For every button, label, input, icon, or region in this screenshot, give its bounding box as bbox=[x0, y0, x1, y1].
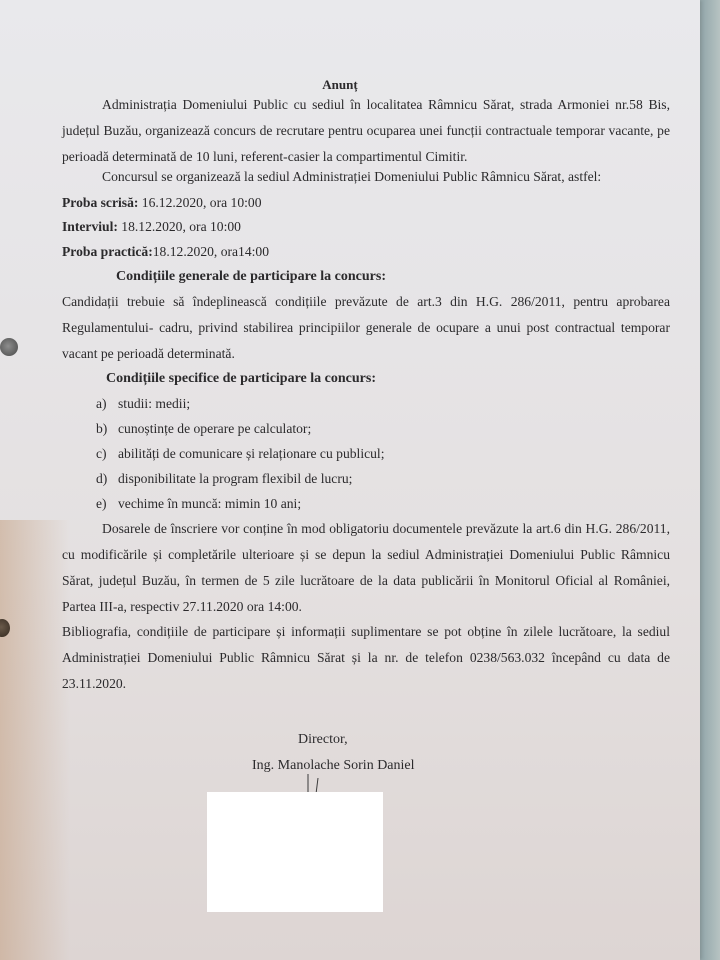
schedule-label: Proba scrisă: bbox=[62, 195, 138, 210]
list-item: c)abilități de comunicare și relaționare… bbox=[96, 441, 596, 466]
punch-hole bbox=[0, 338, 18, 356]
document-page: Anunț Administrația Domeniului Public cu… bbox=[0, 0, 700, 960]
specific-conditions-list: a)studii: medii; b)cunoștințe de operare… bbox=[96, 391, 596, 516]
signature-scribble-icon bbox=[306, 774, 322, 794]
bibliography-paragraph: Bibliografia, condițiile de participare … bbox=[62, 619, 670, 697]
intro-paragraph: Administrația Domeniului Public cu sediu… bbox=[62, 92, 670, 170]
redacted-signature-area bbox=[207, 792, 383, 912]
list-item: d)disponibilitate la program flexibil de… bbox=[96, 466, 596, 491]
dossier-paragraph: Dosarele de înscriere vor conține în mod… bbox=[62, 516, 670, 620]
signature-role: Director, bbox=[298, 732, 348, 748]
schedule-interview: Interviul: 18.12.2020, ora 10:00 bbox=[62, 214, 670, 240]
schedule-label: Interviul: bbox=[62, 219, 118, 234]
schedule-value: 18.12.2020, ora14:00 bbox=[153, 244, 269, 259]
general-conditions-heading: Condițiile generale de participare la co… bbox=[116, 264, 386, 290]
location-line: Concursul se organizează la sediul Admin… bbox=[62, 164, 670, 190]
signature-name: Ing. Manolache Sorin Daniel bbox=[252, 758, 415, 774]
schedule-label: Proba practică: bbox=[62, 244, 153, 259]
schedule-written-test: Proba scrisă: 16.12.2020, ora 10:00 bbox=[62, 190, 670, 216]
list-item: e)vechime în muncă: mimin 10 ani; bbox=[96, 491, 596, 516]
schedule-value: 18.12.2020, ora 10:00 bbox=[118, 219, 241, 234]
punch-hole bbox=[0, 619, 10, 637]
schedule-practical-test: Proba practică:18.12.2020, ora14:00 bbox=[62, 239, 670, 265]
general-conditions-paragraph: Candidații trebuie să îndeplinească cond… bbox=[62, 289, 670, 367]
schedule-value: 16.12.2020, ora 10:00 bbox=[138, 195, 261, 210]
specific-conditions-heading: Condițiile specifice de participare la c… bbox=[106, 366, 376, 392]
list-item: b)cunoștințe de operare pe calculator; bbox=[96, 416, 596, 441]
list-item: a)studii: medii; bbox=[96, 391, 596, 416]
